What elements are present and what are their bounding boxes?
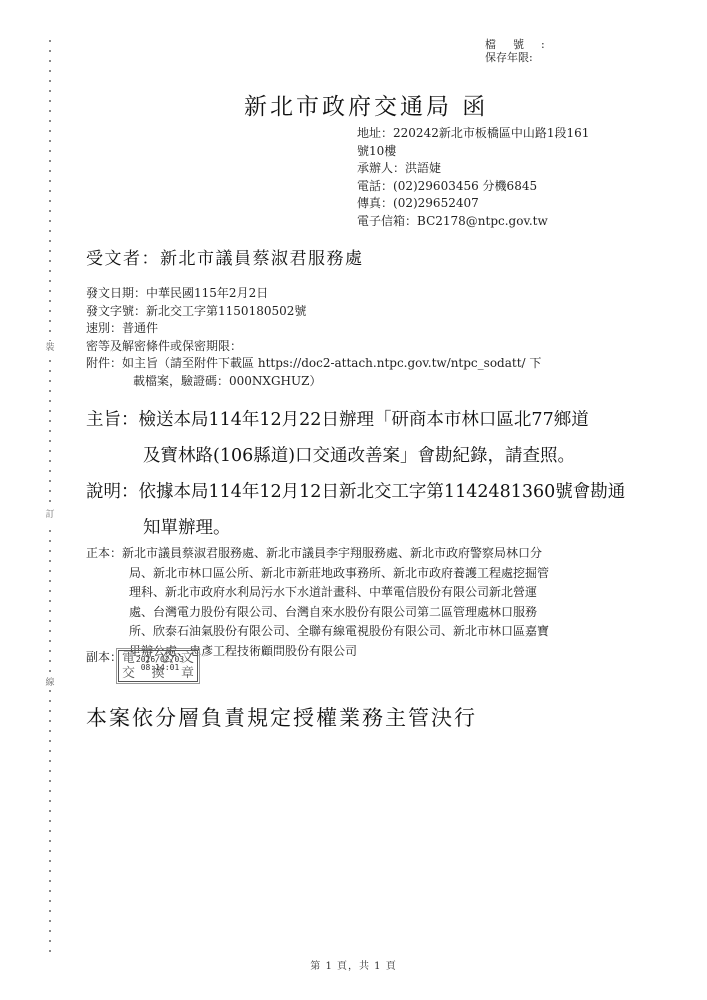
speed-value: 普通件	[122, 321, 158, 335]
original-line: 所、欣泰石油氣股份有限公司、全聯有線電視股份有限公司、新北市林口區嘉寶	[129, 624, 549, 638]
address-label: 地址	[357, 126, 381, 140]
original-line: 新北市議員蔡淑君服務處、新北市議員李宇翔服務處、新北市政府警察局林口分	[122, 546, 542, 560]
file-number-row: 檔號:	[485, 38, 545, 51]
copy-recipients: 副本：	[86, 648, 122, 665]
stamp-timestamp: 2026/02/03 08:14:01	[133, 656, 187, 672]
subject-line1: 檢送本局114年12月22日辦理「研商本市林口區北77鄉道	[139, 410, 589, 430]
original-label: 正本	[86, 546, 110, 560]
retention-label: 保存年限	[485, 51, 529, 64]
binding-char-zhuang: 裝	[42, 341, 58, 355]
attachment-line2: 載檔案，驗證碼：000NXGHUZ）	[133, 374, 321, 388]
document-title: 新北市政府交通局 函	[244, 88, 488, 121]
subject-line2: 及寶林路(106縣道)口交通改善案」會勘紀錄，請查照。	[143, 446, 575, 466]
handler-name: 洪語婕	[405, 161, 441, 175]
explanation-section: 說明：依據本局114年12月12日新北交工字第1142481360號會勘通 知單…	[86, 474, 686, 546]
stamp-time: 08:14:01	[133, 664, 187, 672]
date-value: 中華民國115年2月2日	[146, 286, 268, 300]
recipient: 受文者：新北市議員蔡淑君服務處	[86, 244, 364, 269]
original-recipients: 正本：新北市議員蔡淑君服務處、新北市議員李宇翔服務處、新北市政府警察局林口分 局…	[86, 544, 686, 661]
subject-label: 主旨	[86, 410, 121, 430]
page-number: 第 1 頁，共 1 頁	[0, 957, 707, 972]
binding-char-xian: 線	[42, 676, 58, 690]
address-line1: 220242新北市板橋區中山路1段161	[393, 126, 589, 140]
security-label: 密等及解密條件或保密期限	[86, 339, 230, 353]
binding-line	[49, 40, 51, 960]
fax-value: (02)29652407	[393, 196, 479, 210]
subject-section: 主旨：檢送本局114年12月22日辦理「研商本市林口區北77鄉道 及寶林路(10…	[86, 402, 686, 474]
original-line: 局、新北市林口區公所、新北市新莊地政事務所、新北市政府養護工程處挖掘管	[129, 566, 549, 580]
speed-label: 速別	[86, 321, 110, 335]
original-line: 理科、新北市政府水利局污水下水道計畫科、中華電信股份有限公司新北營運	[129, 585, 537, 599]
address-line2: 號10樓	[357, 144, 396, 158]
document-meta: 發文日期：中華民國115年2月2日 發文字號：新北交工字第1150180502號…	[86, 285, 686, 390]
retention-row: 保存年限:	[485, 51, 545, 64]
doc-number-label: 發文字號	[86, 304, 134, 318]
attachment-label: 附件	[86, 356, 110, 370]
original-line: 處、台灣電力股份有限公司、台灣自來水股份有限公司第二區管理處林口服務	[129, 605, 537, 619]
explanation-line1: 依據本局114年12月12日新北交工字第1142481360號會勘通	[139, 482, 626, 502]
copy-label: 副本	[86, 650, 110, 664]
authority-statement: 本案依分層負責規定授權業務主管決行	[86, 702, 477, 732]
recipient-value: 新北市議員蔡淑君服務處	[160, 249, 364, 269]
binding-char-ding: 訂	[42, 508, 58, 522]
recipient-label: 受文者	[86, 249, 142, 269]
fax-label: 傳真	[357, 196, 381, 210]
phone-label: 電話	[357, 179, 381, 193]
doc-number-value: 新北交工字第1150180502號	[146, 304, 306, 318]
contact-block: 地址：220242新北市板橋區中山路1段161 號10樓 承辦人：洪語婕 電話：…	[357, 125, 667, 230]
file-number-label: 檔號	[485, 38, 541, 51]
electronic-exchange-stamp: 電 子 公 文 交 換 章 2026/02/03 08:14:01	[118, 650, 198, 682]
explanation-label: 說明	[86, 482, 121, 502]
archive-info: 檔號: 保存年限:	[485, 38, 545, 64]
attachment-line1[interactable]: 如主旨（請至附件下載區 https://doc2-attach.ntpc.gov…	[122, 356, 541, 370]
email-link[interactable]: BC2178@ntpc.gov.tw	[417, 214, 548, 228]
handler-label: 承辦人	[357, 161, 393, 175]
email-label: 電子信箱	[357, 214, 405, 228]
date-label: 發文日期	[86, 286, 134, 300]
explanation-line2: 知單辦理。	[143, 518, 231, 538]
phone-value: (02)29603456 分機6845	[393, 179, 537, 193]
